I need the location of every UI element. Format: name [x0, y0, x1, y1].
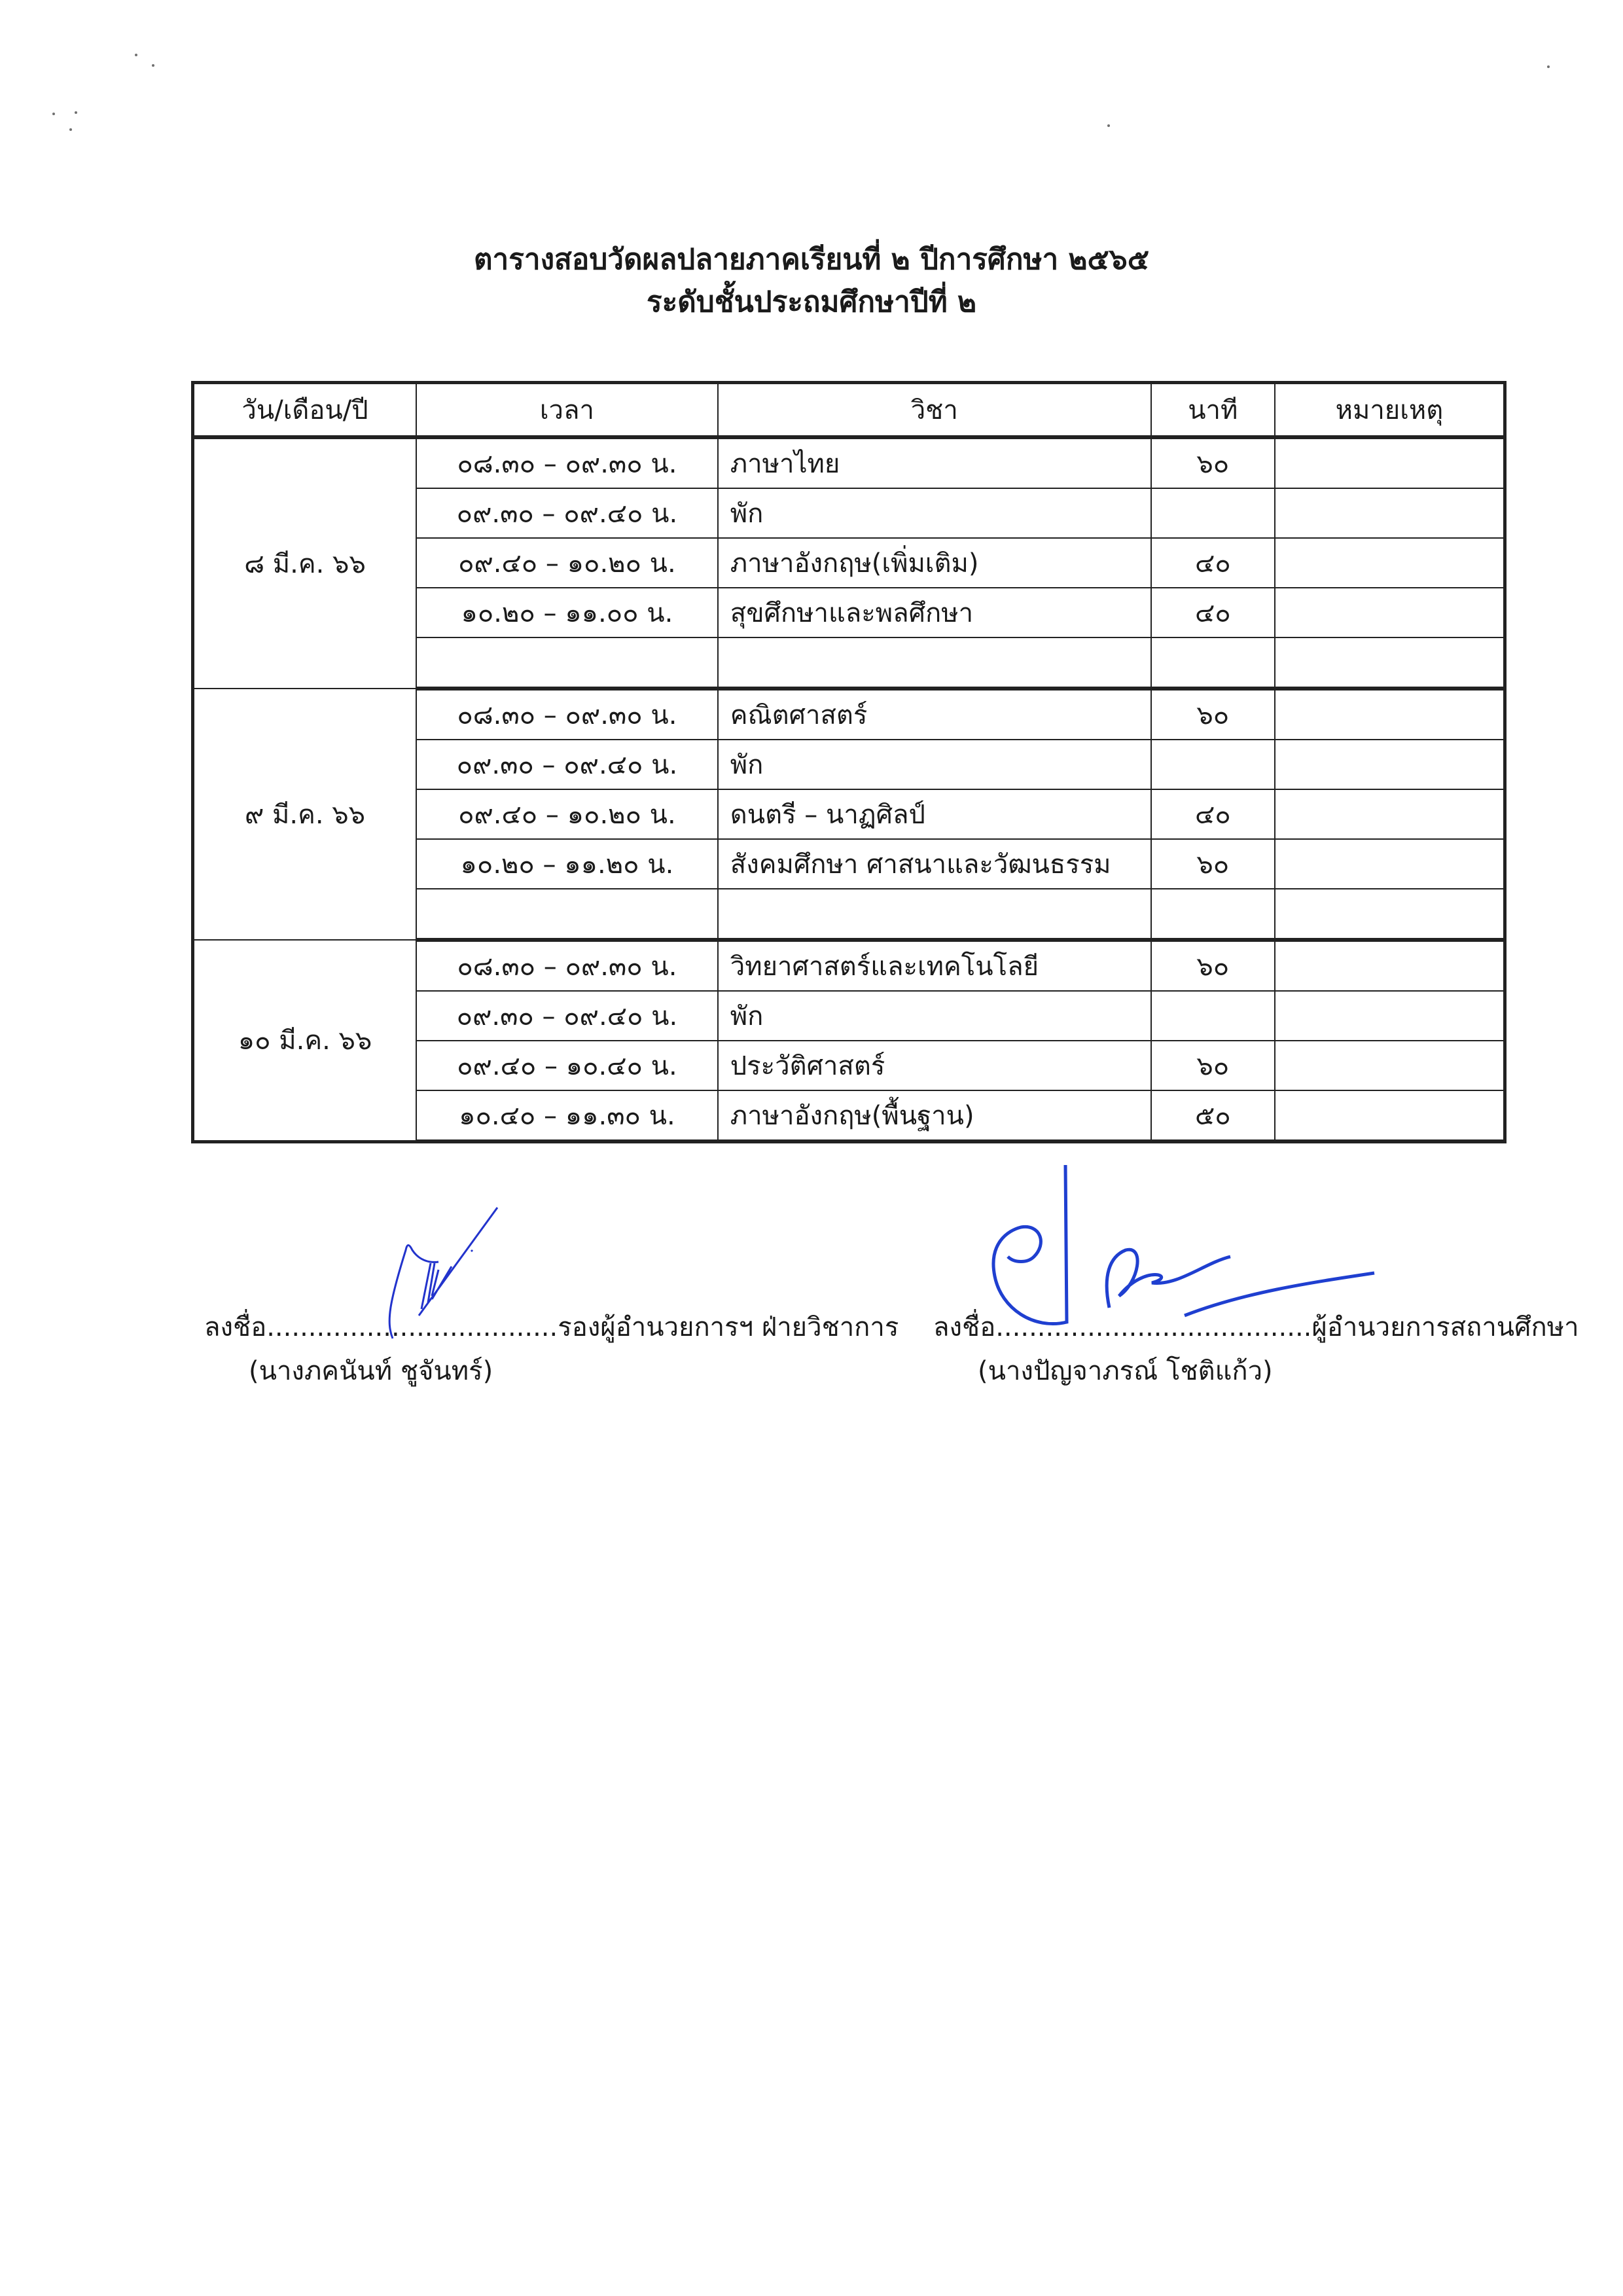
subject-cell: ภาษาอังกฤษ(พื้นฐาน)	[718, 1090, 1151, 1141]
subject-cell: พัก	[718, 991, 1151, 1041]
time-cell: ๐๙.๔๐ – ๑๐.๔๐ น.	[416, 1041, 718, 1090]
column-header-subject: วิชา	[718, 383, 1151, 438]
subject-cell: วิทยาศาสตร์และเทคโนโลยี	[718, 940, 1151, 991]
minutes-cell	[1151, 637, 1275, 689]
note-cell	[1275, 488, 1505, 538]
scan-speck	[52, 113, 55, 115]
scan-speck	[152, 64, 154, 67]
signer-name-left: (นางภคนันท์ ชูจันทร์)	[249, 1350, 493, 1391]
minutes-cell	[1151, 488, 1275, 538]
column-header-note: หมายเหตุ	[1275, 383, 1505, 438]
time-cell: ๑๐.๒๐ – ๑๑.๐๐ น.	[416, 588, 718, 637]
exam-date-cell: ๙ มี.ค. ๖๖	[193, 689, 417, 940]
scan-speck	[1547, 65, 1550, 68]
minutes-cell	[1151, 991, 1275, 1041]
minutes-cell: ๖๐	[1151, 940, 1275, 991]
minutes-cell	[1151, 740, 1275, 789]
scan-speck	[135, 54, 137, 56]
note-cell	[1275, 689, 1505, 740]
minutes-cell	[1151, 889, 1275, 940]
time-cell: ๐๙.๔๐ – ๑๐.๒๐ น.	[416, 538, 718, 588]
time-cell: ๐๙.๓๐ – ๐๙.๔๐ น.	[416, 488, 718, 538]
column-header-minutes: นาที	[1151, 383, 1275, 438]
time-cell: ๐๙.๓๐ – ๐๙.๔๐ น.	[416, 991, 718, 1041]
subject-cell: ภาษาไทย	[718, 437, 1151, 488]
note-cell	[1275, 740, 1505, 789]
note-cell	[1275, 588, 1505, 637]
document-subtitle: ระดับชั้นประถมศึกษาปีที่ ๒	[0, 281, 1623, 323]
time-cell: ๑๐.๔๐ – ๑๑.๓๐ น.	[416, 1090, 718, 1141]
time-cell: ๑๐.๒๐ – ๑๑.๒๐ น.	[416, 839, 718, 889]
note-cell	[1275, 538, 1505, 588]
note-cell	[1275, 991, 1505, 1041]
table-header-row: วัน/เดือน/ปี เวลา วิชา นาที หมายเหตุ	[193, 383, 1505, 438]
column-header-time: เวลา	[416, 383, 718, 438]
note-cell	[1275, 1041, 1505, 1090]
subject-cell	[718, 889, 1151, 940]
minutes-cell: ๖๐	[1151, 689, 1275, 740]
note-cell	[1275, 1090, 1505, 1141]
time-cell: ๐๙.๔๐ – ๑๐.๒๐ น.	[416, 789, 718, 839]
scan-speck	[75, 111, 77, 114]
subject-cell: พัก	[718, 488, 1151, 538]
column-header-date: วัน/เดือน/ปี	[193, 383, 417, 438]
time-cell: ๐๙.๓๐ – ๐๙.๔๐ น.	[416, 740, 718, 789]
table-row: ๑๐ มี.ค. ๖๖๐๘.๓๐ – ๐๙.๓๐ น.วิทยาศาสตร์แล…	[193, 940, 1505, 991]
subject-cell: พัก	[718, 740, 1151, 789]
table-body: ๘ มี.ค. ๖๖๐๘.๓๐ – ๐๙.๓๐ น.ภาษาไทย๖๐๐๙.๓๐…	[193, 437, 1505, 1141]
minutes-cell: ๖๐	[1151, 839, 1275, 889]
time-cell	[416, 889, 718, 940]
table-row: ๘ มี.ค. ๖๖๐๘.๓๐ – ๐๙.๓๐ น.ภาษาไทย๖๐	[193, 437, 1505, 488]
time-cell	[416, 637, 718, 689]
time-cell: ๐๘.๓๐ – ๐๙.๓๐ น.	[416, 689, 718, 740]
subject-cell: ประวัติศาสตร์	[718, 1041, 1151, 1090]
note-cell	[1275, 437, 1505, 488]
subject-cell: สังคมศึกษา ศาสนาและวัฒนธรรม	[718, 839, 1151, 889]
document-title: ตารางสอบวัดผลปลายภาคเรียนที่ ๒ ปีการศึกษ…	[0, 239, 1623, 281]
signature-line-right: ลงชื่อ..................................…	[933, 1306, 1579, 1348]
exam-date-cell: ๑๐ มี.ค. ๖๖	[193, 940, 417, 1141]
note-cell	[1275, 789, 1505, 839]
minutes-cell: ๕๐	[1151, 1090, 1275, 1141]
minutes-cell: ๔๐	[1151, 538, 1275, 588]
minutes-cell: ๖๐	[1151, 437, 1275, 488]
note-cell	[1275, 637, 1505, 689]
exam-date-cell: ๘ มี.ค. ๖๖	[193, 437, 417, 689]
scan-speck	[69, 128, 72, 131]
subject-cell	[718, 637, 1151, 689]
subject-cell: ภาษาอังกฤษ(เพิ่มเติม)	[718, 538, 1151, 588]
note-cell	[1275, 889, 1505, 940]
minutes-cell: ๔๐	[1151, 789, 1275, 839]
signer-name-right: (นางปัญจาภรณ์ โชติแก้ว)	[978, 1350, 1273, 1391]
subject-cell: ดนตรี – นาฏศิลป์	[718, 789, 1151, 839]
time-cell: ๐๘.๓๐ – ๐๙.๓๐ น.	[416, 437, 718, 488]
signature-line-left: ลงชื่อ..................................…	[204, 1306, 899, 1348]
subject-cell: คณิตศาสตร์	[718, 689, 1151, 740]
exam-schedule-table: วัน/เดือน/ปี เวลา วิชา นาที หมายเหตุ ๘ ม…	[191, 381, 1507, 1143]
minutes-cell: ๔๐	[1151, 588, 1275, 637]
scan-speck	[1107, 124, 1110, 127]
subject-cell: สุขศึกษาและพลศึกษา	[718, 588, 1151, 637]
time-cell: ๐๘.๓๐ – ๐๙.๓๐ น.	[416, 940, 718, 991]
note-cell	[1275, 839, 1505, 889]
minutes-cell: ๖๐	[1151, 1041, 1275, 1090]
table-row: ๙ มี.ค. ๖๖๐๘.๓๐ – ๐๙.๓๐ น.คณิตศาสตร์๖๐	[193, 689, 1505, 740]
note-cell	[1275, 940, 1505, 991]
